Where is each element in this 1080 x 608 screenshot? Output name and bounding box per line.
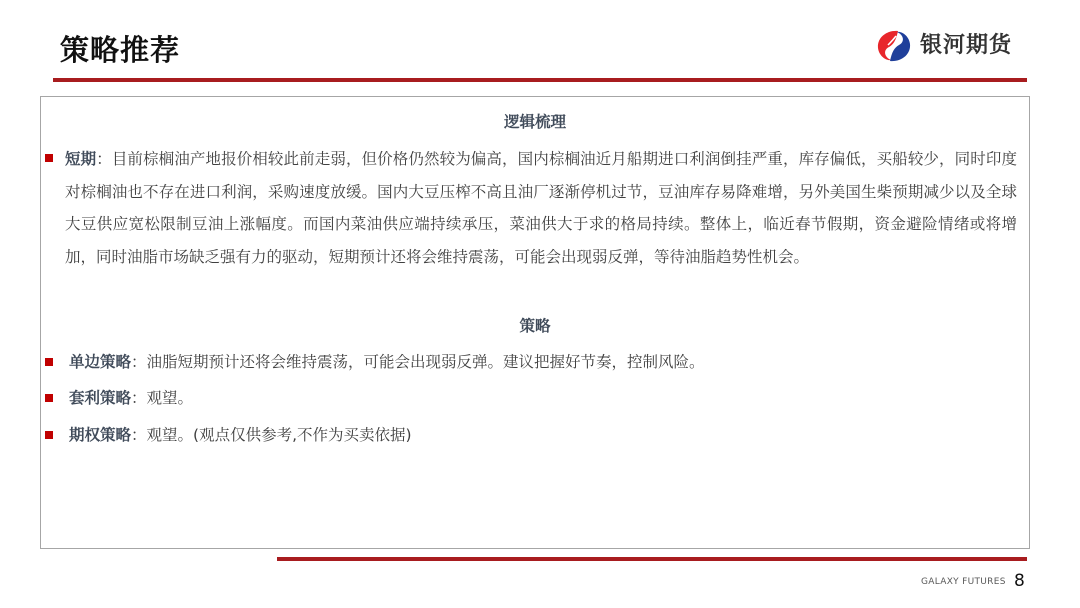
item-label: 套利策略 <box>69 389 131 407</box>
galaxy-futures-logo-icon <box>874 28 914 64</box>
square-bullet-icon <box>45 394 53 402</box>
logo-text: 银河期货 <box>920 28 1012 64</box>
header-divider <box>53 78 1027 82</box>
page-title: 策略推荐 <box>60 30 180 70</box>
strategy-text: 油脂短期预计还将会维持震荡，可能会出现弱反弹。建议把握好节奏，控制风险。 <box>147 353 705 371</box>
company-logo: 银河期货 <box>874 28 1012 64</box>
footer-brand: GALAXY FUTURES <box>921 576 1006 588</box>
page-number: 8 <box>1014 570 1025 592</box>
square-bullet-icon <box>45 358 53 366</box>
strategy-item-directional: 单边策略：油脂短期预计还将会维持震荡，可能会出现弱反弹。建议把握好节奏，控制风险… <box>69 350 705 374</box>
label-separator: ： <box>96 150 112 168</box>
strategy-item-options: 期权策略：观望。(观点仅供参考,不作为买卖依据) <box>69 423 412 447</box>
analysis-text: 目前棕榈油产地报价相较此前走弱，但价格仍然较为偏高，国内棕榈油近月船期进口利润倒… <box>65 150 1017 266</box>
item-label: 单边策略 <box>69 353 131 371</box>
square-bullet-icon <box>45 154 53 162</box>
strategy-heading: 策略 <box>41 314 1029 336</box>
strategy-text: 观望。(观点仅供参考,不作为买卖依据) <box>147 426 412 444</box>
label-separator: ： <box>131 426 147 444</box>
strategy-text: 观望。 <box>147 389 194 407</box>
square-bullet-icon <box>45 431 53 439</box>
strategy-item-arbitrage: 套利策略：观望。 <box>69 386 193 410</box>
label-separator: ： <box>131 353 147 371</box>
logic-heading: 逻辑梳理 <box>41 110 1029 132</box>
footer-divider <box>277 557 1027 561</box>
short-term-analysis: 短期：目前棕榈油产地报价相较此前走弱，但价格仍然较为偏高，国内棕榈油近月船期进口… <box>65 143 1017 273</box>
item-label: 期权策略 <box>69 426 131 444</box>
content-panel: 逻辑梳理 短期：目前棕榈油产地报价相较此前走弱，但价格仍然较为偏高，国内棕榈油近… <box>40 96 1030 549</box>
label-separator: ： <box>131 389 147 407</box>
item-label: 短期 <box>65 150 96 168</box>
